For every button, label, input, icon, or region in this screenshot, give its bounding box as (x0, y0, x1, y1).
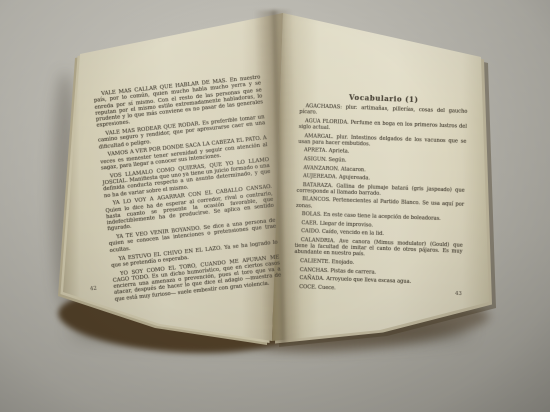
vocabulary-entry: CALANDRIA. Ave canora (Mimus modulator) … (294, 237, 463, 261)
left-page-text: VALE MAS CALLAR QUE HABLAR DE MAS. En nu… (93, 74, 283, 305)
page-number-right: 43 (455, 291, 462, 297)
right-page-text: Vocabulario (1) AGACHADAS: plur. artimañ… (293, 92, 468, 298)
page-number-left: 42 (90, 286, 97, 293)
photo-of-open-book: VALE MAS CALLAR QUE HABLAR DE MAS. En nu… (0, 0, 550, 412)
